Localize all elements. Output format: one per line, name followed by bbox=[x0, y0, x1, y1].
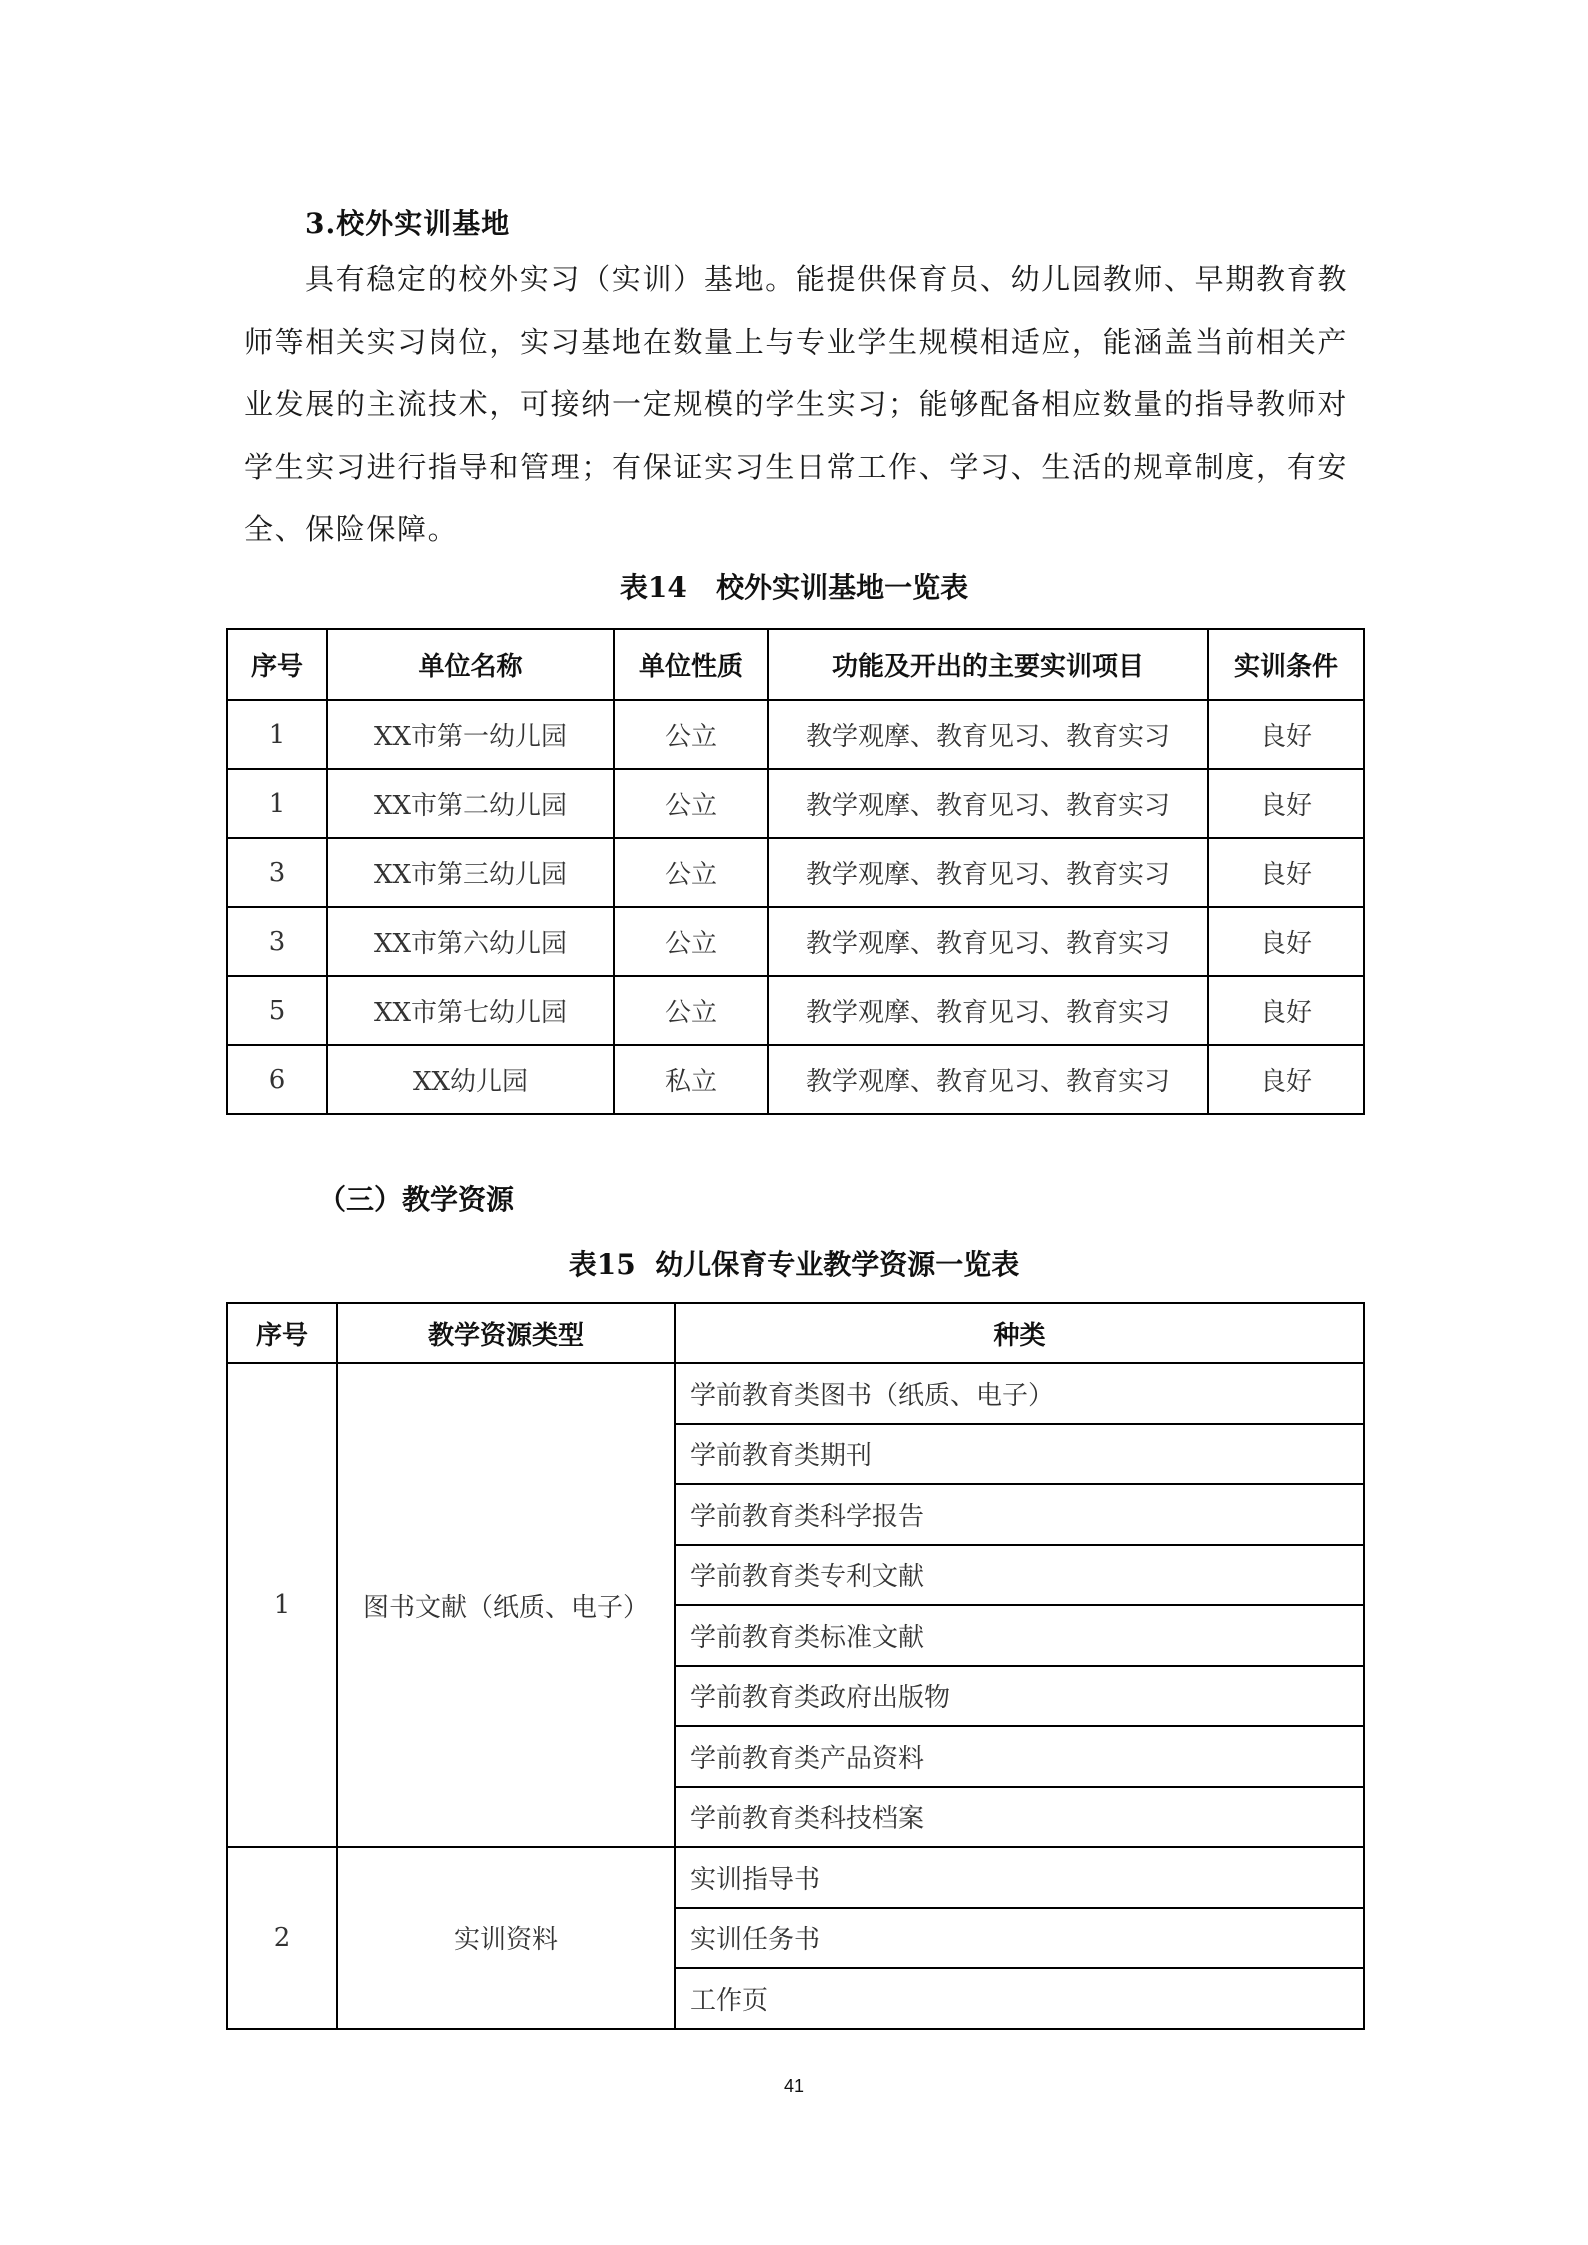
table-row: 5 XX市第七幼儿园 公立 教学观摩、教育见习、教育实习 良好 bbox=[227, 976, 1364, 1045]
cell-condition: 良好 bbox=[1208, 976, 1364, 1045]
cell-function: 教学观摩、教育见习、教育实习 bbox=[768, 700, 1208, 769]
cell-nature: 公立 bbox=[614, 700, 768, 769]
cell-condition: 良好 bbox=[1208, 838, 1364, 907]
cell-name: XX市第三幼儿园 bbox=[327, 838, 614, 907]
header-condition: 实训条件 bbox=[1208, 629, 1364, 700]
header-kinds: 种类 bbox=[675, 1303, 1364, 1363]
table-row: 1 XX市第二幼儿园 公立 教学观摩、教育见习、教育实习 良好 bbox=[227, 769, 1364, 838]
cell-nature: 私立 bbox=[614, 1045, 768, 1114]
cell-nature: 公立 bbox=[614, 976, 768, 1045]
cell-kind: 实训指导书 bbox=[675, 1847, 1364, 1908]
cell-name: XX市第一幼儿园 bbox=[327, 700, 614, 769]
cell-resource-type: 图书文献（纸质、电子） bbox=[337, 1363, 675, 1847]
table-row: 1 图书文献（纸质、电子） 学前教育类图书（纸质、电子） bbox=[227, 1363, 1364, 1424]
table-row: 3 XX市第六幼儿园 公立 教学观摩、教育见习、教育实习 良好 bbox=[227, 907, 1364, 976]
cell-condition: 良好 bbox=[1208, 769, 1364, 838]
cell-nature: 公立 bbox=[614, 838, 768, 907]
cell-function: 教学观摩、教育见习、教育实习 bbox=[768, 907, 1208, 976]
cell-nature: 公立 bbox=[614, 769, 768, 838]
cell-kind: 实训任务书 bbox=[675, 1908, 1364, 1969]
cell-kind: 学前教育类政府出版物 bbox=[675, 1666, 1364, 1727]
cell-resource-type: 实训资料 bbox=[337, 1847, 675, 2029]
cell-kind: 学前教育类专利文献 bbox=[675, 1545, 1364, 1606]
cell-no: 6 bbox=[227, 1045, 327, 1114]
header-unit-nature: 单位性质 bbox=[614, 629, 768, 700]
cell-no: 1 bbox=[227, 769, 327, 838]
cell-kind: 工作页 bbox=[675, 1968, 1364, 2029]
cell-condition: 良好 bbox=[1208, 700, 1364, 769]
table-row: 1 XX市第一幼儿园 公立 教学观摩、教育见习、教育实习 良好 bbox=[227, 700, 1364, 769]
cell-kind: 学前教育类产品资料 bbox=[675, 1726, 1364, 1787]
cell-kind: 学前教育类科学报告 bbox=[675, 1484, 1364, 1545]
cell-no: 1 bbox=[227, 1363, 337, 1847]
cell-kind: 学前教育类标准文献 bbox=[675, 1605, 1364, 1666]
cell-function: 教学观摩、教育见习、教育实习 bbox=[768, 976, 1208, 1045]
cell-name: XX市第六幼儿园 bbox=[327, 907, 614, 976]
cell-kind: 学前教育类期刊 bbox=[675, 1424, 1364, 1485]
cell-condition: 良好 bbox=[1208, 907, 1364, 976]
cell-nature: 公立 bbox=[614, 907, 768, 976]
header-function: 功能及开出的主要实训项目 bbox=[768, 629, 1208, 700]
header-no: 序号 bbox=[227, 1303, 337, 1363]
cell-no: 1 bbox=[227, 700, 327, 769]
table15-caption: 表15 幼儿保育专业教学资源一览表 bbox=[226, 1247, 1362, 1283]
cell-function: 教学观摩、教育见习、教育实习 bbox=[768, 1045, 1208, 1114]
cell-name: XX市第七幼儿园 bbox=[327, 976, 614, 1045]
table-teaching-resources: 序号 教学资源类型 种类 1 图书文献（纸质、电子） 学前教育类图书（纸质、电子… bbox=[226, 1302, 1365, 2030]
header-unit-name: 单位名称 bbox=[327, 629, 614, 700]
header-no: 序号 bbox=[227, 629, 327, 700]
section-heading: 3.校外实训基地 bbox=[305, 206, 510, 242]
page-number: 41 bbox=[744, 2076, 844, 2097]
cell-condition: 良好 bbox=[1208, 1045, 1364, 1114]
cell-name: XX市第二幼儿园 bbox=[327, 769, 614, 838]
body-paragraph: 具有稳定的校外实习（实训）基地。能提供保育员、幼儿园教师、早期教育教师等相关实习… bbox=[244, 248, 1348, 561]
cell-kind: 学前教育类科技档案 bbox=[675, 1787, 1364, 1848]
table-row: 2 实训资料 实训指导书 bbox=[227, 1847, 1364, 1908]
table-row: 6 XX幼儿园 私立 教学观摩、教育见习、教育实习 良好 bbox=[227, 1045, 1364, 1114]
cell-no: 3 bbox=[227, 838, 327, 907]
cell-no: 3 bbox=[227, 907, 327, 976]
table-header-row: 序号 教学资源类型 种类 bbox=[227, 1303, 1364, 1363]
cell-function: 教学观摩、教育见习、教育实习 bbox=[768, 769, 1208, 838]
cell-no: 5 bbox=[227, 976, 327, 1045]
table14-caption: 表14 校外实训基地一览表 bbox=[226, 570, 1362, 606]
header-resource-type: 教学资源类型 bbox=[337, 1303, 675, 1363]
table-offcampus-bases: 序号 单位名称 单位性质 功能及开出的主要实训项目 实训条件 1 XX市第一幼儿… bbox=[226, 628, 1365, 1115]
cell-function: 教学观摩、教育见习、教育实习 bbox=[768, 838, 1208, 907]
table-header-row: 序号 单位名称 单位性质 功能及开出的主要实训项目 实训条件 bbox=[227, 629, 1364, 700]
cell-kind: 学前教育类图书（纸质、电子） bbox=[675, 1363, 1364, 1424]
cell-name: XX幼儿园 bbox=[327, 1045, 614, 1114]
subsection-heading: （三）教学资源 bbox=[318, 1182, 514, 1218]
table-row: 3 XX市第三幼儿园 公立 教学观摩、教育见习、教育实习 良好 bbox=[227, 838, 1364, 907]
cell-no: 2 bbox=[227, 1847, 337, 2029]
